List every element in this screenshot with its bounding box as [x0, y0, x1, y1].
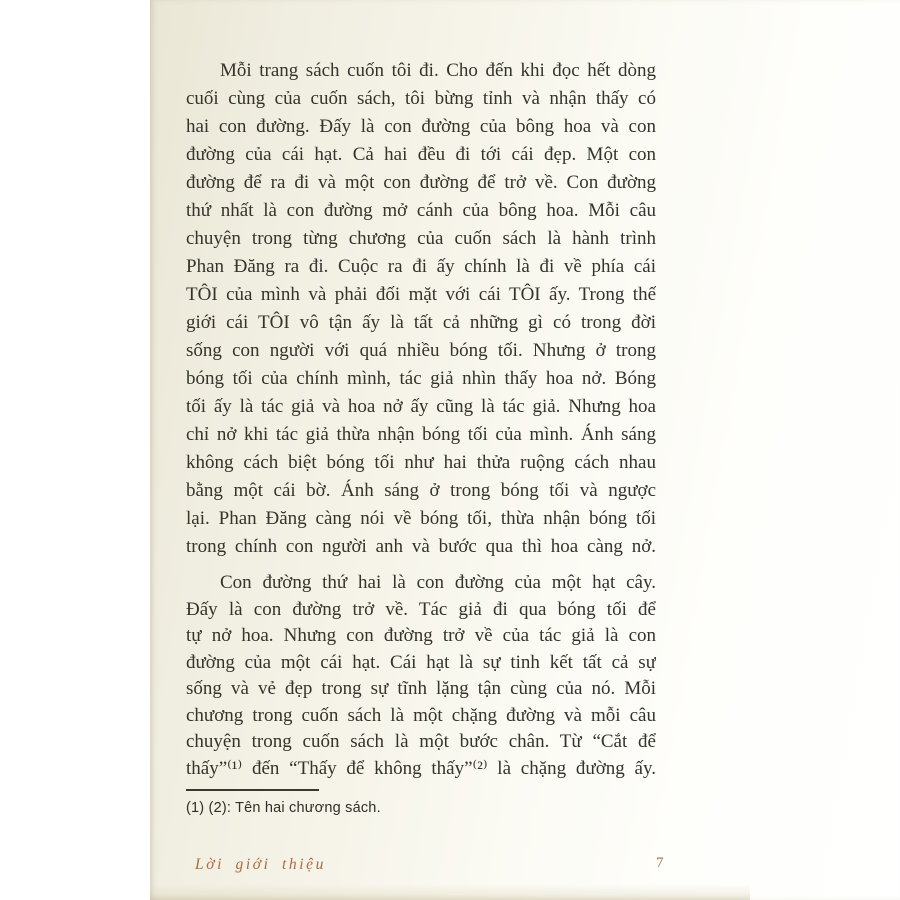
- footnote-text: (1) (2): Tên hai chương sách.: [186, 800, 656, 816]
- text-line: thấy”⁽¹⁾ đến “Thấy để không thấy”⁽²⁾ là …: [186, 756, 656, 783]
- text-line: chương trong cuốn sách là một chặng đườn…: [186, 703, 656, 730]
- body-text: Mỗi trang sách cuốn tôi đi. Cho đến khi …: [186, 57, 656, 816]
- text-line: Mỗi trang sách cuốn tôi đi. Cho đến khi …: [186, 57, 656, 85]
- text-line: thứ nhất là con đường mở cánh của bông h…: [186, 197, 656, 225]
- text-line: Con đường thứ hai là con đường của một h…: [186, 570, 656, 597]
- text-line: lại. Phan Đăng càng nói về bóng tối, thừ…: [186, 505, 656, 533]
- text-line: Phan Đăng ra đi. Cuộc ra đi ấy chính là …: [186, 253, 656, 281]
- text-line: đường để ra đi và một con đường để trở v…: [186, 169, 656, 197]
- text-line: chuyện trong từng chương của cuốn sách l…: [186, 225, 656, 253]
- text-line: bằng một cái bờ. Ánh sáng ở trong bóng t…: [186, 477, 656, 505]
- screenshot-canvas: Mỗi trang sách cuốn tôi đi. Cho đến khi …: [0, 0, 900, 900]
- footnote-separator: [186, 789, 319, 791]
- page-number: 7: [656, 855, 664, 872]
- text-line: sống con người với quá nhiều bóng tối. N…: [186, 337, 656, 365]
- paragraph-1: Mỗi trang sách cuốn tôi đi. Cho đến khi …: [186, 57, 656, 561]
- text-line: hai con đường. Đấy là con đường của bông…: [186, 113, 656, 141]
- text-line: tự nở hoa. Nhưng con đường trở về của tá…: [186, 623, 656, 650]
- text-line: không cách biệt bóng tối như hai thửa ru…: [186, 449, 656, 477]
- text-line: đường của một cái hạt. Cái hạt là sự tin…: [186, 650, 656, 677]
- running-footer-title: Lời giới thiệu: [195, 856, 326, 874]
- text-line: tối ấy là tác giả và hoa nở ấy cũng là t…: [186, 393, 656, 421]
- text-line: sống và vẻ đẹp trong sự tĩnh lặng tận cù…: [186, 676, 656, 703]
- paragraph-2: Con đường thứ hai là con đường của một h…: [186, 570, 656, 782]
- text-line: đường của cái hạt. Cả hai đều đi tới cái…: [186, 141, 656, 169]
- book-page: Mỗi trang sách cuốn tôi đi. Cho đến khi …: [150, 0, 900, 900]
- text-line: cuối cùng của cuốn sách, tôi bừng tỉnh v…: [186, 85, 656, 113]
- text-line: TÔI của mình và phải đối mặt với cái TÔI…: [186, 281, 656, 309]
- text-line: chuyện trong cuốn sách là một bước chân.…: [186, 729, 656, 756]
- text-line: Đấy là con đường trở về. Tác giả đi qua …: [186, 597, 656, 624]
- text-line: giới cái TÔI vô tận ấy là tất cả những g…: [186, 309, 656, 337]
- text-line: bóng tối của chính mình, tác giả nhìn th…: [186, 365, 656, 393]
- text-line: chỉ nở khi tác giả thừa nhận bóng tối củ…: [186, 421, 656, 449]
- text-line: trong chính con người anh và bước qua th…: [186, 533, 656, 561]
